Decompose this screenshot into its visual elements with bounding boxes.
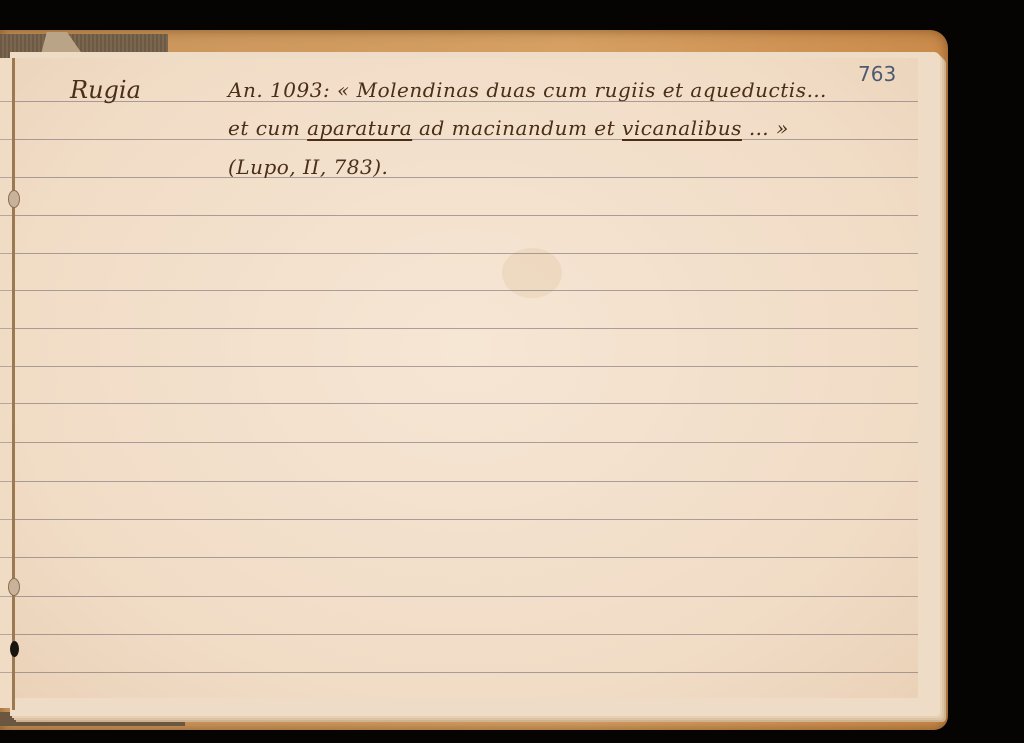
text-fragment: rugiis [595,78,656,102]
binding-stitch-hole [8,190,20,208]
ruled-line-facing-page [0,519,12,520]
ruled-line [12,634,918,635]
text-fragment: An. 1093: « Molendinas duas cum [228,78,595,102]
ruled-line [12,557,918,558]
text-fragment: … » [742,116,789,140]
facing-page-edge [0,58,12,708]
ruled-line-facing-page [0,253,12,254]
ruled-line-facing-page [0,101,12,102]
binding-stitch-hole [8,578,20,596]
margin-heading: Rugia [70,76,141,104]
ruled-line [12,366,918,367]
ruled-line [12,253,918,254]
ruled-line [12,519,918,520]
ruled-line-facing-page [0,672,12,673]
ruled-line-facing-page [0,403,12,404]
ruled-line-facing-page [0,557,12,558]
ruled-line-facing-page [0,442,12,443]
citation-text: (Lupo, II, 783). [228,155,388,179]
ruled-line [12,290,918,291]
ruled-line [12,672,918,673]
ruled-line-facing-page [0,596,12,597]
ruled-line [12,596,918,597]
text-fragment: et aqueductis… [656,78,827,102]
ruled-line-facing-page [0,634,12,635]
ruled-line-facing-page [0,139,12,140]
handwritten-line-1: An. 1093: « Molendinas duas cum rugiis e… [228,78,827,102]
ruled-line [12,177,918,178]
handwritten-citation: (Lupo, II, 783). [228,155,388,179]
underlined-term-vicanalibus: vicanalibus [622,116,742,140]
ruled-line [12,403,918,404]
spine-gutter-line [12,58,15,710]
ruled-line-facing-page [0,366,12,367]
ruled-line-facing-page [0,290,12,291]
notebook-page [12,58,918,698]
ruled-line-facing-page [0,481,12,482]
handwritten-line-2: et cum aparatura ad macinandum et vicana… [228,116,789,140]
underlined-term-aparatura: aparatura [307,116,412,140]
ruled-line [12,442,918,443]
ruled-line-facing-page [0,328,12,329]
binding-stitch-hole-dark [10,641,19,657]
ruled-line [12,215,918,216]
folio-number: 763 [858,62,896,86]
ruled-line [12,481,918,482]
ruled-line-facing-page [0,215,12,216]
ruled-line [12,328,918,329]
ruled-line-facing-page [0,177,12,178]
text-fragment: ad macinandum et [412,116,622,140]
text-fragment: et cum [228,116,307,140]
